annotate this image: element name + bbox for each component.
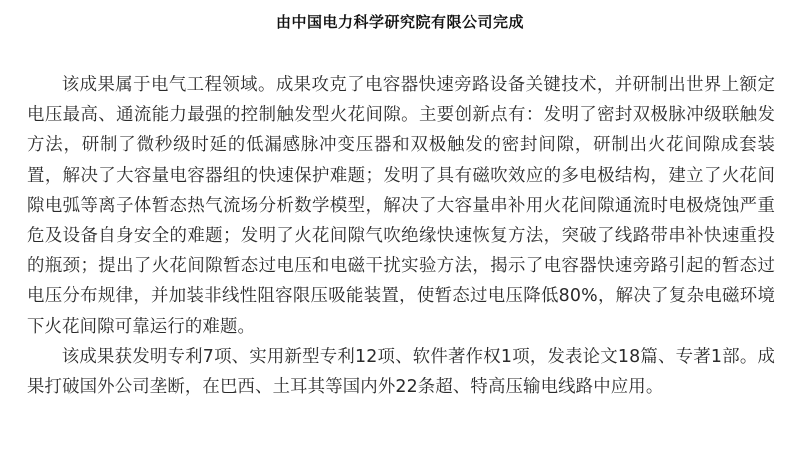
paragraph-achievement-description: 该成果属于电气工程领域。成果攻克了电容器快速旁路设备关键技术，并研制出世界上额定… (27, 70, 775, 342)
paragraph-achievement-results: 该成果获发明专利7项、实用新型专利12项、软件著作权1项，发表论文18篇、专著1… (27, 342, 775, 402)
document-body: 该成果属于电气工程领域。成果攻克了电容器快速旁路设备关键技术，并研制出世界上额定… (27, 70, 775, 402)
document-title: 由中国电力科学研究院有限公司完成 (0, 10, 800, 34)
